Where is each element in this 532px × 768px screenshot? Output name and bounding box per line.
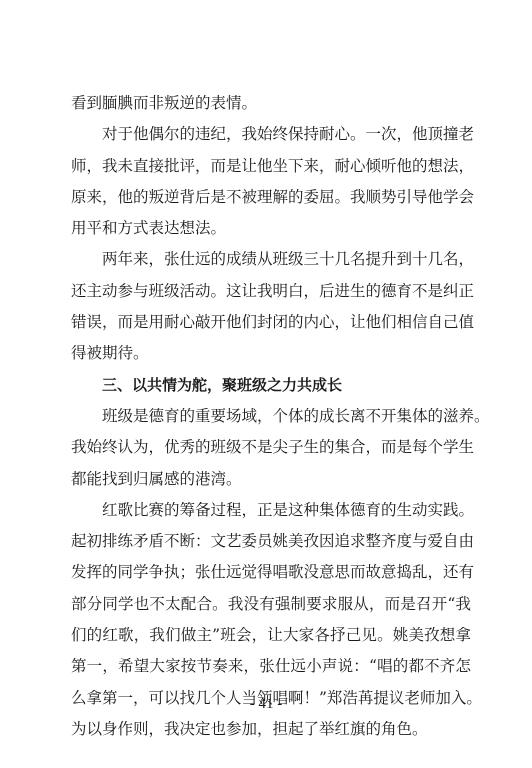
text-line: 得被期待。 [71,338,471,369]
text-line: 第一，希望大家按节奏来，张仕远小声说：“唱的都不齐怎 [71,651,471,682]
text-line: 还主动参与班级活动。这让我明白，后进生的德育不是纠正 [71,276,471,307]
document-page: 看到腼腆而非叛逆的表情。 对于他偶尔的违纪，我始终保持耐心。一次，他顶撞老 师，… [71,88,471,745]
text-line: 红歌比赛的筹备过程，正是这种集体德育的生动实践。 [71,495,471,526]
section-heading: 三、以共情为舵，聚班级之力共成长 [71,370,471,401]
text-line: 看到腼腆而非叛逆的表情。 [71,88,471,119]
text-line: 起初排练矛盾不断：文艺委员姚美孜因追求整齐度与爱自由 [71,526,471,557]
text-line: 错误，而是用耐心敲开他们封闭的内心，让他们相信自己值 [71,307,471,338]
page-number: - 41 - [0,696,532,713]
text-line: 为以身作则，我决定也参加，担起了举红旗的角色。 [71,714,471,745]
text-line: 原来，他的叛逆背后是不被理解的委屈。我顺势引导他学会 [71,182,471,213]
text-line: 发挥的同学争执；张仕远觉得唱歌没意思而故意捣乱，还有 [71,557,471,588]
text-line: 我始终认为，优秀的班级不是尖子生的集合，而是每个学生 [71,432,471,463]
text-line: 师，我未直接批评，而是让他坐下来，耐心倾听他的想法， [71,151,471,182]
text-line: 两年来，张仕远的成绩从班级三十几名提升到十几名， [71,244,471,275]
text-line: 部分同学也不太配合。我没有强制要求服从，而是召开“我 [71,589,471,620]
text-line: 们的红歌，我们做主”班会，让大家各抒己见。姚美孜想拿 [71,620,471,651]
text-line: 用平和方式表达想法。 [71,213,471,244]
text-line: 都能找到归属感的港湾。 [71,464,471,495]
text-line: 班级是德育的重要场域，个体的成长离不开集体的滋养。 [71,401,471,432]
text-line: 对于他偶尔的违纪，我始终保持耐心。一次，他顶撞老 [71,119,471,150]
